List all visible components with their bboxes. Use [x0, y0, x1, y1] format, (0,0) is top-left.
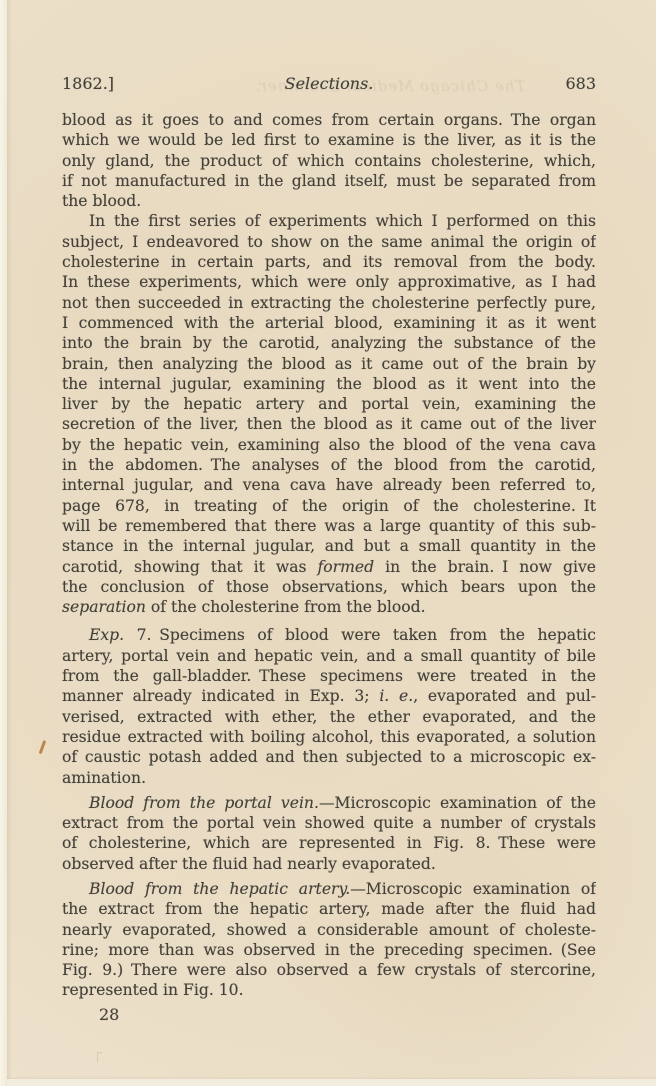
text-line: residue extracted with boiling alcohol, …: [62, 727, 596, 747]
text-line: the internal jugular, examining the bloo…: [62, 374, 596, 394]
text-line: Blood from the hepatic artery.—Microscop…: [62, 879, 596, 899]
text-line: into the brain by the carotid, analyzing…: [62, 333, 596, 353]
text-line: In the first series of experiments which…: [62, 211, 596, 231]
text-line: stance in the internal jugular, and but …: [62, 536, 596, 556]
paragraph: Blood from the portal vein.—Microscopic …: [62, 793, 596, 874]
text-line: verised, extracted with ether, the ether…: [62, 707, 596, 727]
text-line: brain, then analyzing the blood as it ca…: [62, 354, 596, 374]
text-line: in the abdomen. The analyses of the bloo…: [62, 455, 596, 475]
page-number: 683: [506, 74, 596, 94]
text-block: 1862.] Selections. 683 blood as it goes …: [62, 74, 596, 1024]
book-page: The Chicago Medical Examiner. 1862.] Sel…: [0, 0, 656, 1086]
text-line: which we would be led first to examine i…: [62, 130, 596, 150]
text-line: I commenced with the arterial blood, exa…: [62, 313, 596, 333]
text-line: artery, portal vein and hepatic vein, an…: [62, 646, 596, 666]
text-line: cholesterine in certain parts, and its r…: [62, 252, 596, 272]
text-line: from the gall-bladder. These specimens w…: [62, 666, 596, 686]
paragraph: Blood from the hepatic artery.—Microscop…: [62, 879, 596, 1001]
paper-speck: [97, 1052, 102, 1062]
page-bottom-edge: [7, 1079, 656, 1086]
header-title: Selections.: [152, 74, 506, 94]
text-line: if not manufactured in the gland itself,…: [62, 171, 596, 191]
text-line: of caustic potash added and then subject…: [62, 747, 596, 767]
text-line: observed after the fluid had nearly evap…: [62, 854, 596, 874]
header-year: 1862.]: [62, 74, 152, 94]
text-line: by the hepatic vein, examining also the …: [62, 435, 596, 455]
text-line: secretion of the liver, then the blood a…: [62, 414, 596, 434]
text-line: page 678, in treating of the origin of t…: [62, 496, 596, 516]
text-line: the blood.: [62, 191, 596, 211]
text-line: rine; more than was observed in the prec…: [62, 940, 596, 960]
text-line: represented in Fig. 10.: [62, 980, 596, 1000]
text-line: nearly evaporated, showed a considerable…: [62, 920, 596, 940]
text-line: not then succeeded in extracting the cho…: [62, 293, 596, 313]
text-line: of cholesterine, which are represented i…: [62, 833, 596, 853]
text-line: will be remembered that there was a larg…: [62, 516, 596, 536]
text-line: only gland, the product of which contain…: [62, 151, 596, 171]
text-line: separation of the cholesterine from the …: [62, 597, 596, 617]
text-line: the extract from the hepatic artery, mad…: [62, 899, 596, 919]
page-left-edge: [0, 0, 7, 1086]
margin-ink-mark: [39, 740, 46, 754]
text-line: carotid, showing that it was formed in t…: [62, 557, 596, 577]
signature-mark: 28: [62, 1005, 596, 1024]
text-line: Exp. 7. Specimens of blood were taken fr…: [62, 625, 596, 645]
text-line: Fig. 9.) There were also observed a few …: [62, 960, 596, 980]
text-line: amination.: [62, 768, 596, 788]
text-line: extract from the portal vein showed quit…: [62, 813, 596, 833]
body-text: blood as it goes to and comes from certa…: [62, 110, 596, 1001]
text-line: internal jugular, and vena cava have alr…: [62, 475, 596, 495]
text-line: In these experiments, which were only ap…: [62, 272, 596, 292]
text-line: subject, I endeavored to show on the sam…: [62, 232, 596, 252]
paragraph: blood as it goes to and comes from certa…: [62, 110, 596, 211]
paragraph: In the first series of experiments which…: [62, 211, 596, 617]
paragraph: Exp. 7. Specimens of blood were taken fr…: [62, 625, 596, 787]
text-line: manner already indicated in Exp. 3; i. e…: [62, 686, 596, 706]
text-line: Blood from the portal vein.—Microscopic …: [62, 793, 596, 813]
text-line: blood as it goes to and comes from certa…: [62, 110, 596, 130]
text-line: liver by the hepatic artery and portal v…: [62, 394, 596, 414]
text-line: the conclusion of those observations, wh…: [62, 577, 596, 597]
running-head: 1862.] Selections. 683: [62, 74, 596, 94]
